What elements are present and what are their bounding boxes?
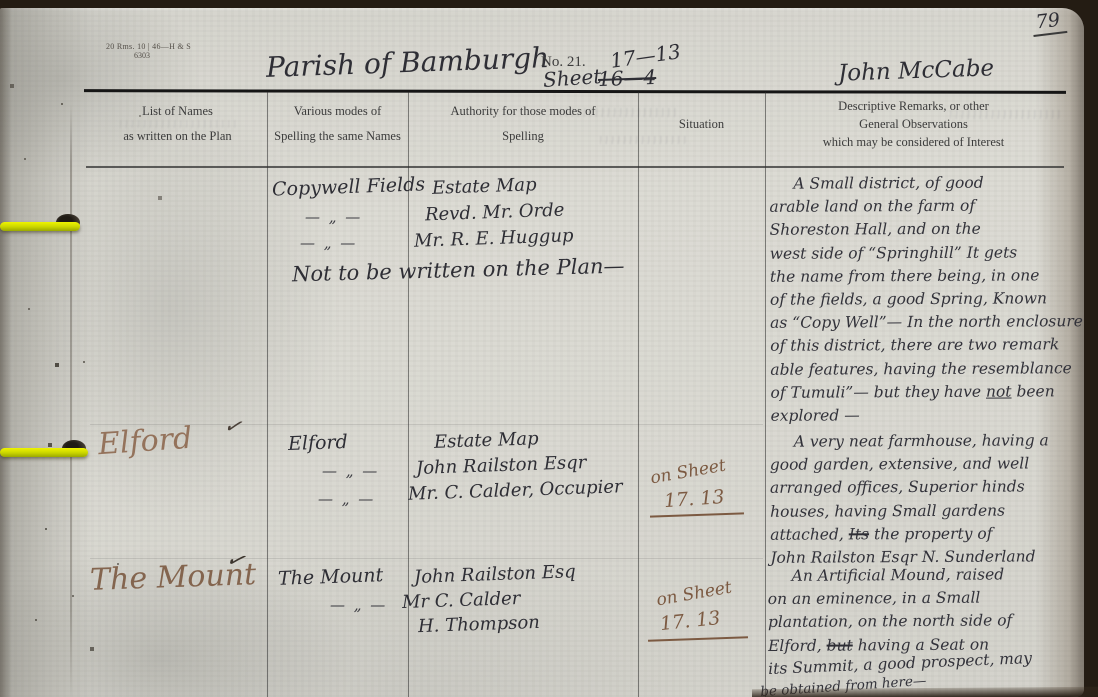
col-header-authority-line2: Spelling [408, 129, 638, 144]
col-header-names-line1: List of Names [88, 104, 267, 119]
printers-stamp-line2: 6303 [134, 51, 150, 60]
entry1-ditto-1: — „ — [305, 208, 362, 226]
entry1-ditto-2: — „ — [300, 234, 357, 252]
remarks-line: attached, Its the property of [770, 522, 1070, 547]
remarks-segment: Elford, [768, 636, 827, 654]
entry3-spelling: The Mount [278, 564, 384, 590]
remarks-segment: been [1011, 382, 1054, 400]
struck-word: but [827, 636, 853, 654]
column-divider-3 [638, 92, 639, 697]
remarks-segment: attached, [770, 525, 849, 543]
entry2-ditto-2: — „ — [318, 490, 375, 508]
col-header-remarks-line2: General Observations [765, 117, 1062, 132]
entry2-situation-number: 17. 13 [663, 486, 725, 512]
bleed-through-text [120, 120, 240, 128]
printers-stamp-line1: 20 Rms. 10 | 46—H & S [106, 42, 191, 51]
column-divider-1 [267, 92, 268, 697]
examiner-signature: John McCabe [838, 55, 995, 86]
binding-cord-yellow [0, 222, 80, 231]
remarks-line: houses, having Small gardens [770, 499, 1070, 524]
remarks-line: arable land on the farm of [769, 194, 1069, 219]
remarks-line: of the fields, a good Spring, Known [770, 287, 1070, 312]
remarks-line: the name from there being, in one [770, 264, 1070, 289]
col-header-spelling-line1: Various modes of [267, 104, 408, 119]
remarks-line: of this district, there are two remark [770, 334, 1070, 359]
binding-margin [0, 8, 92, 697]
entry3-ditto-1: — „ — [330, 596, 387, 614]
entry2-ditto-1: — „ — [322, 462, 379, 480]
entry3-authority-3: H. Thompson [418, 612, 541, 637]
sheet-word: Sheet [542, 64, 602, 92]
page-edge-shadow-left [0, 8, 12, 697]
struck-word: Its [849, 525, 869, 543]
remarks-line: good garden, extensive, and well [770, 452, 1070, 477]
col-header-authority-line1: Authority for those modes of [408, 104, 638, 119]
remarks-line: explored — [771, 403, 1071, 428]
entry2-authority-1: Estate Map [434, 428, 539, 453]
col-header-remarks-line3: which may be considered of Interest [765, 135, 1062, 150]
page-crease [70, 104, 72, 697]
remarks-line: west side of “Springhill” It gets [770, 241, 1070, 266]
entry1-authority-1: Estate Map [432, 174, 537, 199]
remarks-line: A Small district, of good [769, 171, 1069, 196]
remarks-segment: the property of [869, 524, 992, 543]
underlined-word: not [986, 382, 1012, 400]
remarks-line: Shoreston Hall, and on the [770, 218, 1070, 243]
remarks-line: plantation, on the north side of [768, 609, 1068, 634]
entry1-remarks: A Small district, of good arable land on… [769, 171, 1070, 428]
remarks-line: able features, having the resemblance [770, 357, 1070, 382]
entry3-authority-2: Mr C. Calder [402, 588, 521, 613]
col-header-situation: Situation [638, 117, 765, 132]
remarks-segment: of Tumuli”— but they have [770, 382, 986, 401]
binding-cord-yellow [0, 448, 88, 457]
folio-page-number: 79 [1031, 8, 1068, 37]
remarks-line: A very neat farmhouse, having a [770, 429, 1070, 454]
remarks-line: An Artificial Mound, raised [768, 563, 1068, 588]
col-header-remarks-line1: Descriptive Remarks, or other [765, 99, 1062, 114]
remarks-line: as “Copy Well”— In the north enclosure [770, 310, 1070, 335]
col-header-spelling-line2: Spelling the same Names [267, 129, 408, 144]
remarks-line: on an eminence, in a Small [768, 586, 1068, 611]
column-divider-4 [765, 92, 766, 697]
table-header-rule [86, 166, 1064, 168]
page-bottom-curl [752, 687, 1098, 697]
entry2-remarks: A very neat farmhouse, having a good gar… [770, 429, 1071, 570]
remarks-line: of Tumuli”— but they have not been [770, 380, 1070, 405]
col-header-names-line2: as written on the Plan [88, 129, 267, 144]
entry2-spelling: Elford [288, 431, 348, 455]
remarks-line: arranged offices, Superior hinds [770, 476, 1070, 501]
scanned-ledger-page: 20 Rms. 10 | 46—H & S 6303 Parish of Bam… [0, 0, 1098, 697]
entry3-remarks: An Artificial Mound, raised on an eminen… [768, 563, 1069, 697]
entry2-name-on-plan: Elford [97, 421, 193, 462]
